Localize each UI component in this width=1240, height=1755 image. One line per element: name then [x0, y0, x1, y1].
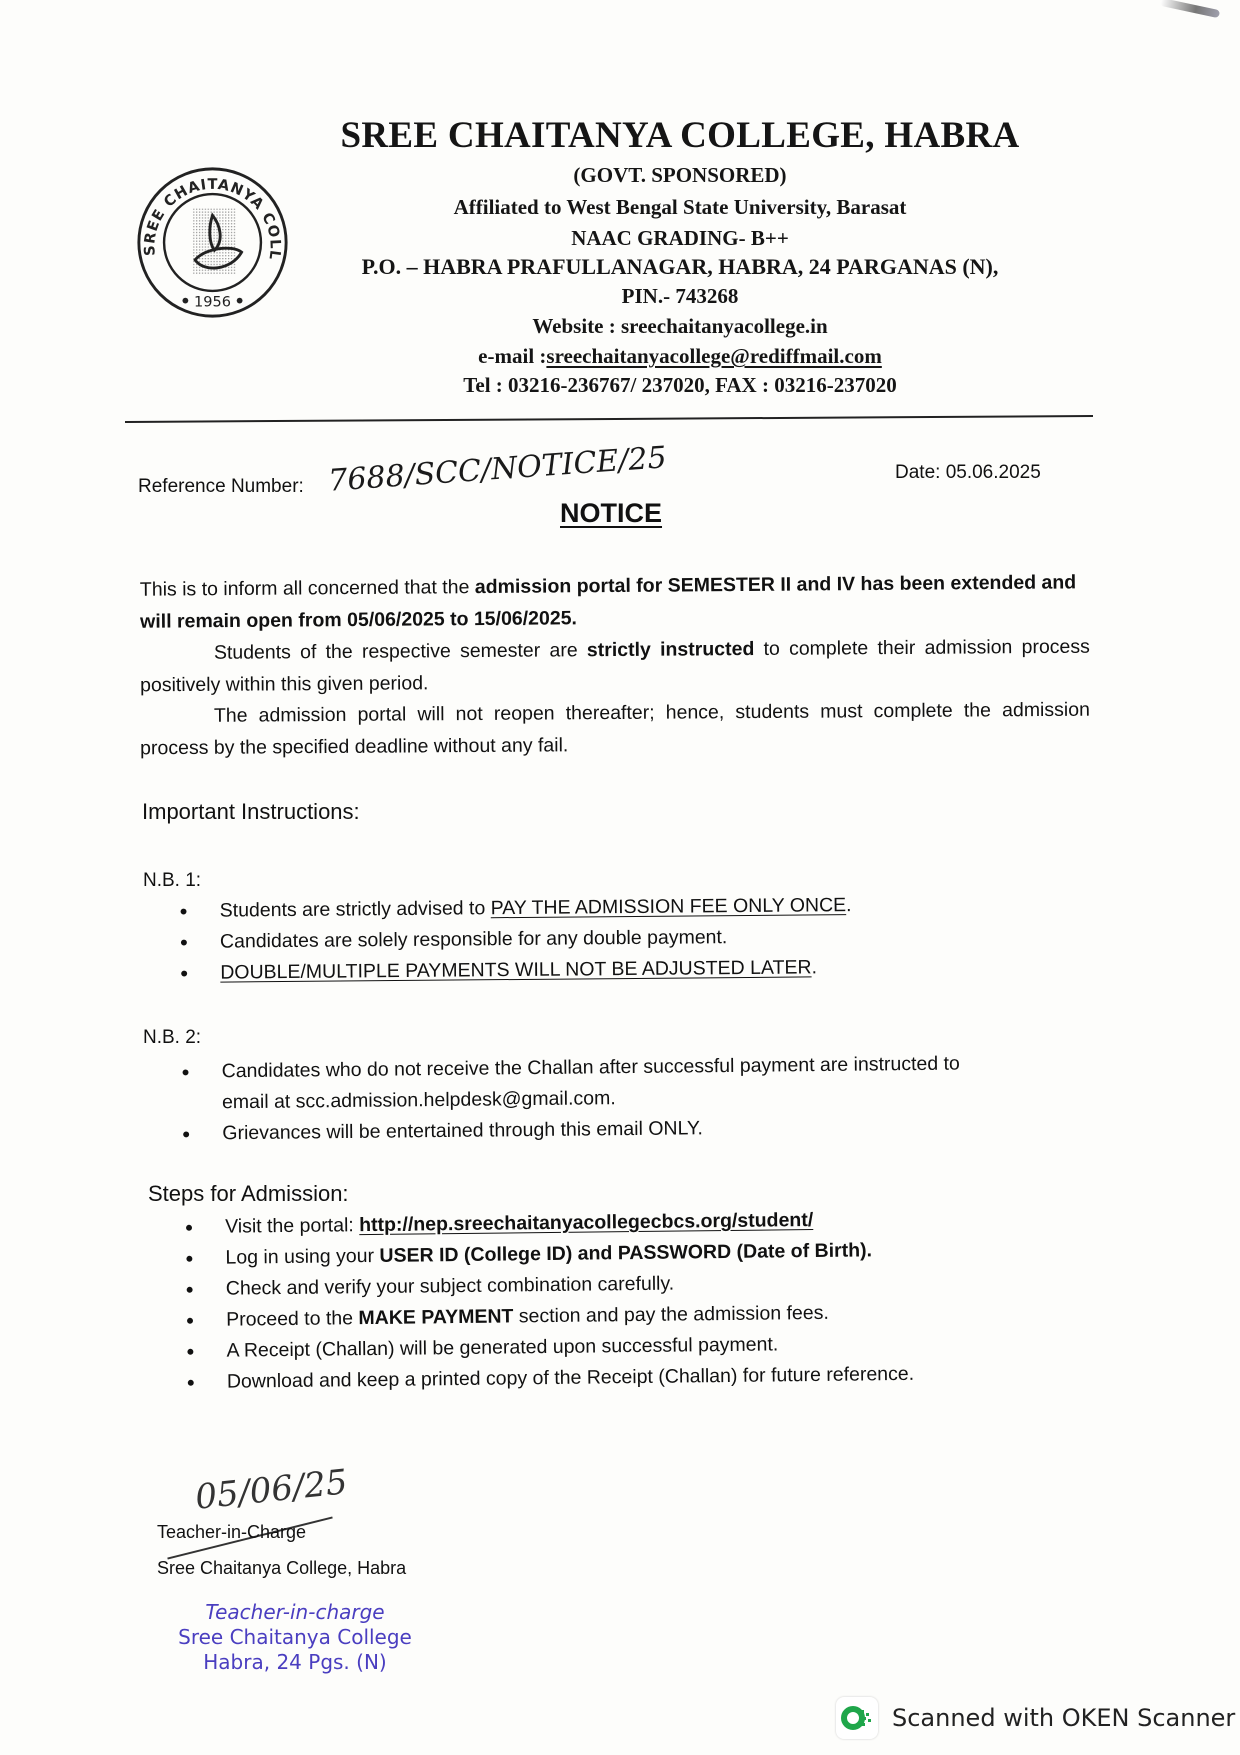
logo-year: 1956	[194, 294, 231, 310]
email-link[interactable]: sreechaitanyacollege@rediffmail.com	[546, 344, 881, 368]
list-item: DOUBLE/MULTIPLE PAYMENTS WILL NOT BE ADJ…	[180, 952, 852, 989]
scanner-text: Scanned with OKEN Scanner	[892, 1704, 1235, 1732]
official-stamp: Teacher-in-charge Sree Chaitanya College…	[160, 1600, 430, 1675]
important-instructions-heading: Important Instructions:	[142, 799, 360, 825]
email-label: e-mail :	[478, 344, 546, 368]
telephone-fax: Tel : 03216-236767/ 237020, FAX : 03216-…	[300, 373, 1060, 398]
website: Website : sreechaitanyacollege.in	[300, 314, 1060, 339]
stamp-line: Habra, 24 Pgs. (N)	[160, 1650, 430, 1675]
reference-number-handwritten: 7688/SCC/NOTICE/25	[327, 440, 667, 499]
postal-address: P.O. – HABRA PRAFULLANAGAR, HABRA, 24 PA…	[300, 254, 1060, 280]
nb1-list: Students are strictly advised to PAY THE…	[180, 890, 853, 989]
notice-title: NOTICE	[560, 498, 662, 529]
notice-date: Date: 05.06.2025	[895, 462, 1041, 484]
handwritten-signature: 05/06/25	[193, 1462, 349, 1518]
nb2-label: N.B. 2:	[143, 1027, 201, 1049]
naac-grading: NAAC GRADING- B++	[300, 226, 1060, 251]
portal-link[interactable]: http://nep.sreechaitanyacollegecbcs.org/…	[359, 1209, 813, 1236]
scan-smudge	[1160, 0, 1220, 18]
intro-paragraph: This is to inform all concerned that the…	[140, 566, 1090, 637]
signatory-institution: Sree Chaitanya College, Habra	[157, 1558, 406, 1579]
header-divider	[125, 415, 1093, 423]
reference-label: Reference Number:	[138, 476, 304, 498]
oken-scanner-logo-icon	[836, 1697, 878, 1739]
stamp-line: Sree Chaitanya College	[160, 1625, 430, 1650]
steps-heading: Steps for Admission:	[148, 1181, 349, 1207]
email-line: e-mail :sreechaitanyacollege@rediffmail.…	[300, 344, 1060, 369]
deadline-paragraph: The admission portal will not reopen the…	[140, 694, 1090, 765]
instruction-text-a: Students of the respective semester are	[214, 639, 587, 664]
affiliation: Affiliated to West Bengal State Universi…	[300, 195, 1060, 220]
college-logo-icon: SREE CHAITANYA COLLEGE, HABRA 1956	[135, 165, 290, 320]
instruction-bold: strictly instructed	[587, 638, 755, 661]
nb1-label: N.B. 1:	[143, 870, 201, 892]
signatory-designation: Teacher-in-Charge	[157, 1522, 306, 1543]
intro-text: This is to inform all concerned that the	[140, 576, 475, 601]
deadline-text: The admission portal will not reopen the…	[140, 699, 1090, 760]
list-item: Candidates who do not receive the Challa…	[182, 1048, 993, 1118]
sponsorship: (GOVT. SPONSORED)	[300, 163, 1060, 188]
pin-code: PIN.- 743268	[300, 284, 1060, 309]
instruction-paragraph: Students of the respective semester are …	[140, 631, 1090, 702]
scanner-watermark: Scanned with OKEN Scanner	[836, 1697, 1235, 1739]
stamp-line: Teacher-in-charge	[160, 1600, 430, 1625]
college-name: SREE CHAITANYA COLLEGE, HABRA	[300, 114, 1060, 157]
steps-list: Visit the portal: http://nep.sreechaitan…	[185, 1204, 914, 1398]
nb2-list: Candidates who do not receive the Challa…	[182, 1047, 1083, 1149]
